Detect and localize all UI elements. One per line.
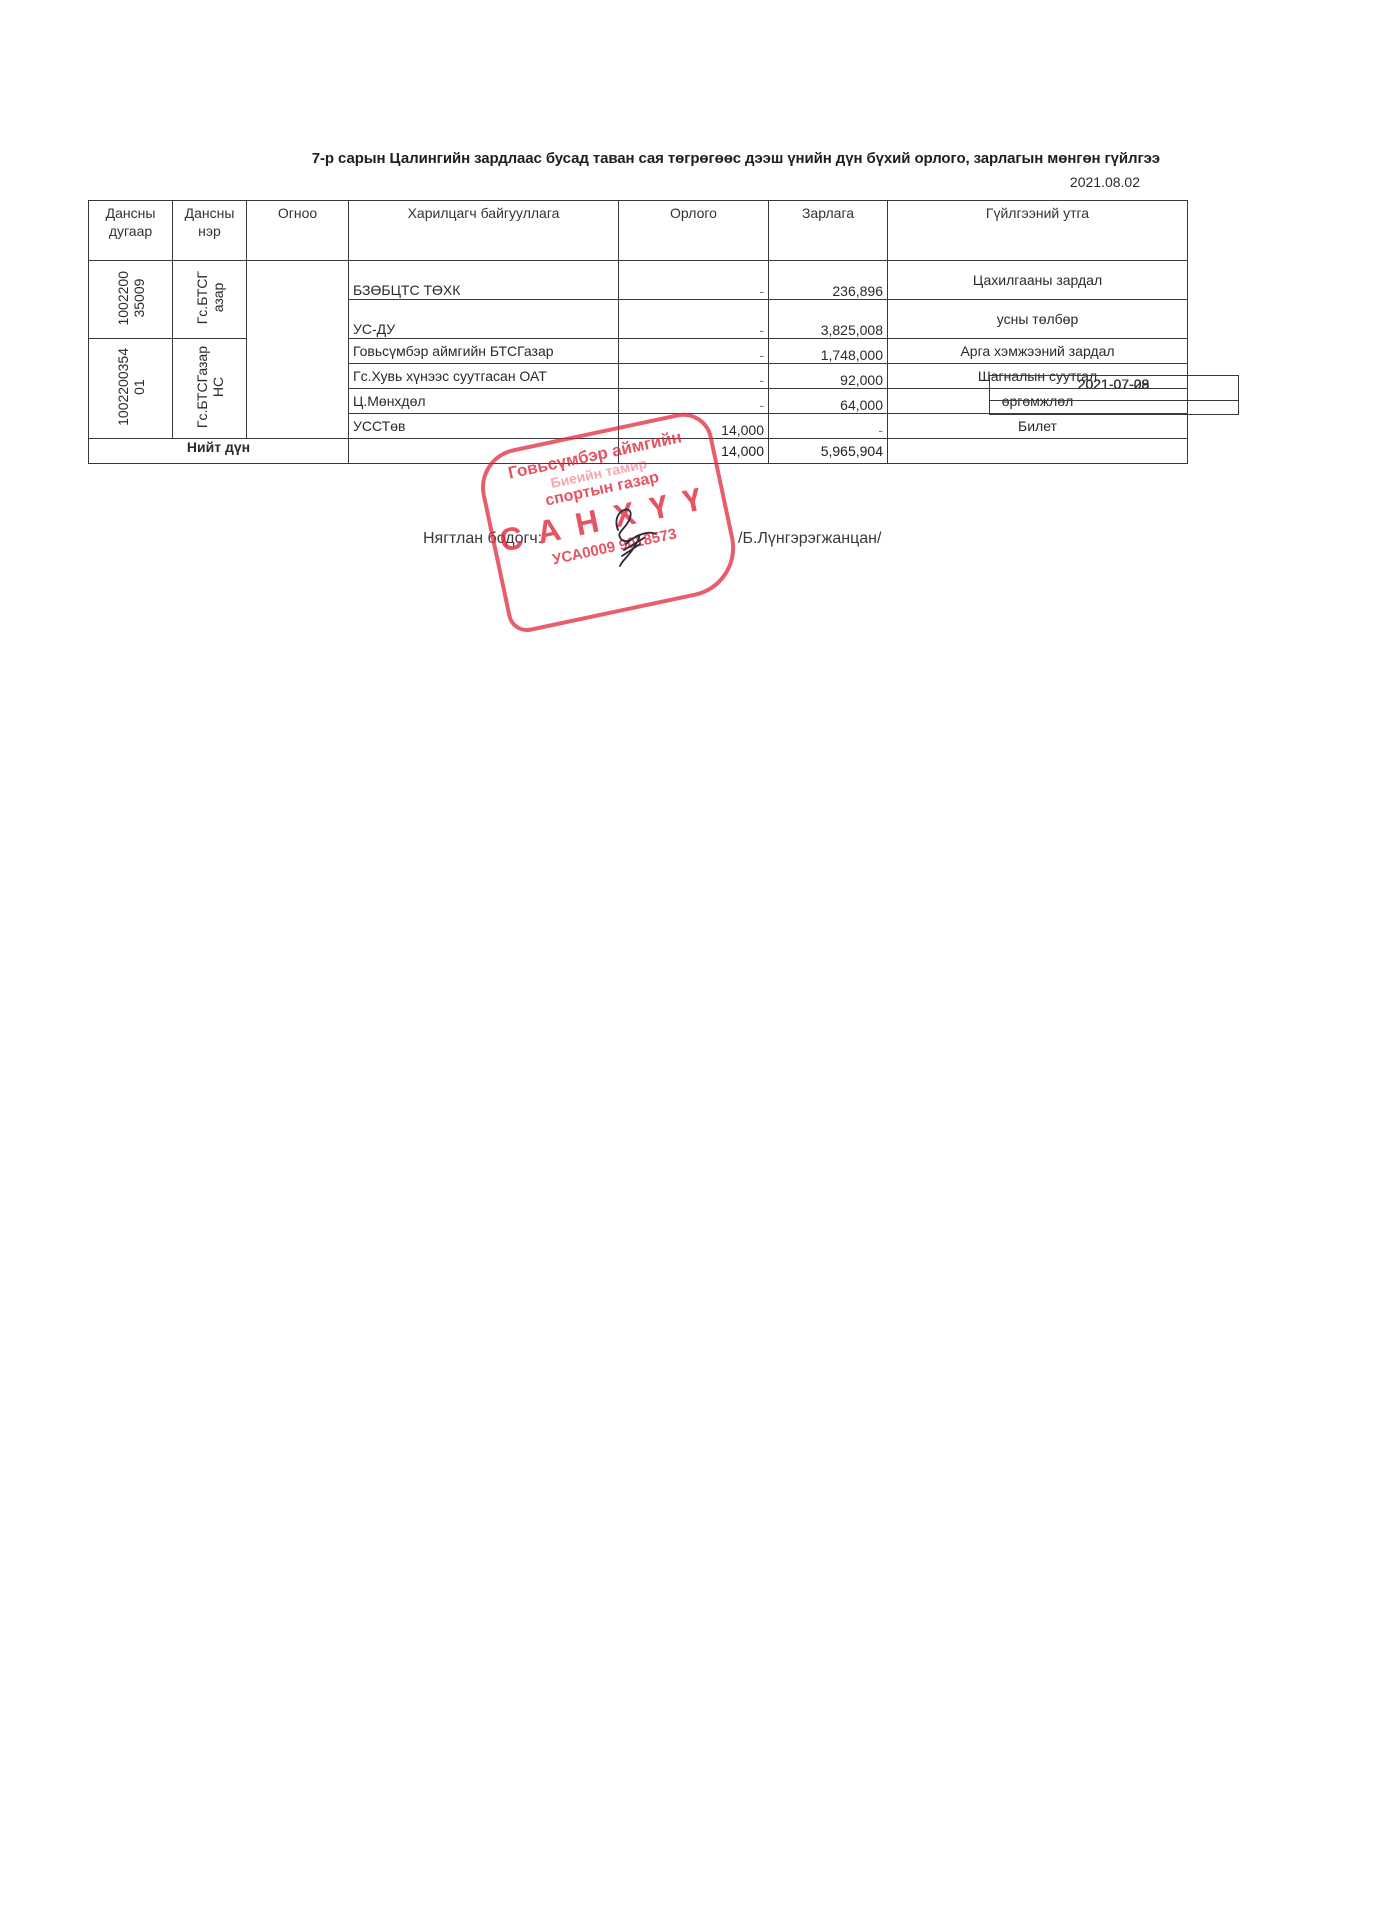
account-number-cell: 1002200 35009 bbox=[89, 261, 173, 339]
row-counterparty: Ц.Мөнхдөл bbox=[349, 389, 619, 414]
header-account-number: Дансны дугаар bbox=[89, 201, 173, 261]
row-income: - bbox=[619, 300, 769, 339]
document-title: 7-р сарын Цалингийн зардлаас бусад таван… bbox=[200, 150, 1160, 167]
document-date: 2021.08.02 bbox=[900, 174, 1140, 190]
row-counterparty: УССТөв bbox=[349, 414, 619, 439]
row-expense: 236,896 bbox=[769, 261, 888, 300]
account-name: Гс.БТСГ азар bbox=[194, 271, 226, 324]
account-name: Гс.БТСГазар НС bbox=[194, 346, 226, 428]
header-income: Орлого bbox=[619, 201, 769, 261]
row-counterparty: УС-ДУ bbox=[349, 300, 619, 339]
table-row: 2021-07-29 УС-ДУ - 3,825,008 усны төлбөр bbox=[89, 300, 1188, 339]
table-row: 1002200354 01 Гс.БТСГазар НС 2021-07-08 … bbox=[89, 339, 1188, 364]
total-blank bbox=[349, 439, 619, 464]
account-number: 1002200354 01 bbox=[115, 348, 147, 426]
account-name-cell: Гс.БТСГ азар bbox=[173, 261, 247, 339]
account-number-cell: 1002200354 01 bbox=[89, 339, 173, 439]
header-counterparty: Харилцагч байгууллага bbox=[349, 201, 619, 261]
header-description: Гүйлгээний утга bbox=[888, 201, 1188, 261]
account-number: 1002200 35009 bbox=[115, 271, 147, 326]
total-label: Нийт дүн bbox=[89, 439, 349, 464]
account-name-cell: Гс.БТСГазар НС bbox=[173, 339, 247, 439]
table-row: 1002200 35009 Гс.БТСГ азар 2021-07-23 БЗ… bbox=[89, 261, 1188, 300]
total-expense: 5,965,904 bbox=[769, 439, 888, 464]
accountant-name: /Б.Лүнгэрэгжанцан/ bbox=[738, 530, 881, 548]
row-description: Билет bbox=[888, 414, 1188, 439]
row-date: 2021-07-29 bbox=[989, 375, 1239, 401]
row-counterparty: Говьсүмбэр аймгийн БТСГазар bbox=[349, 339, 619, 364]
header-date: Огноо bbox=[247, 201, 349, 261]
header-expense: Зарлага bbox=[769, 201, 888, 261]
row-expense: 64,000 bbox=[769, 389, 888, 414]
accountant-label: Нягтлан бодогч: bbox=[423, 530, 542, 548]
row-income: 14,000 bbox=[619, 414, 769, 439]
transactions-table: Дансны дугаар Дансны нэр Огноо Харилцагч… bbox=[88, 200, 1188, 464]
row-counterparty: БЗӨБЦТС ТӨХК bbox=[349, 261, 619, 300]
total-description-blank bbox=[888, 439, 1188, 464]
row-expense: 1,748,000 bbox=[769, 339, 888, 364]
header-account-name: Дансны нэр bbox=[173, 201, 247, 261]
row-expense: 3,825,008 bbox=[769, 300, 888, 339]
row-description: Цахилгааны зардал bbox=[888, 261, 1188, 300]
total-income: 14,000 bbox=[619, 439, 769, 464]
table-header-row: Дансны дугаар Дансны нэр Огноо Харилцагч… bbox=[89, 201, 1188, 261]
row-counterparty: Гс.Хувь хүнээс суутгасан ОАТ bbox=[349, 364, 619, 389]
row-expense: - bbox=[769, 414, 888, 439]
row-description: Арга хэмжээний зардал bbox=[888, 339, 1188, 364]
row-income: - bbox=[619, 339, 769, 364]
row-description: усны төлбөр bbox=[888, 300, 1188, 339]
total-row: Нийт дүн 14,000 5,965,904 bbox=[89, 439, 1188, 464]
handwritten-signature-icon bbox=[600, 500, 660, 570]
row-expense: 92,000 bbox=[769, 364, 888, 389]
row-income: - bbox=[619, 261, 769, 300]
table-row: 2021-07-29 УССТөв 14,000 - Билет bbox=[89, 414, 1188, 439]
row-income: - bbox=[619, 364, 769, 389]
row-income: - bbox=[619, 389, 769, 414]
